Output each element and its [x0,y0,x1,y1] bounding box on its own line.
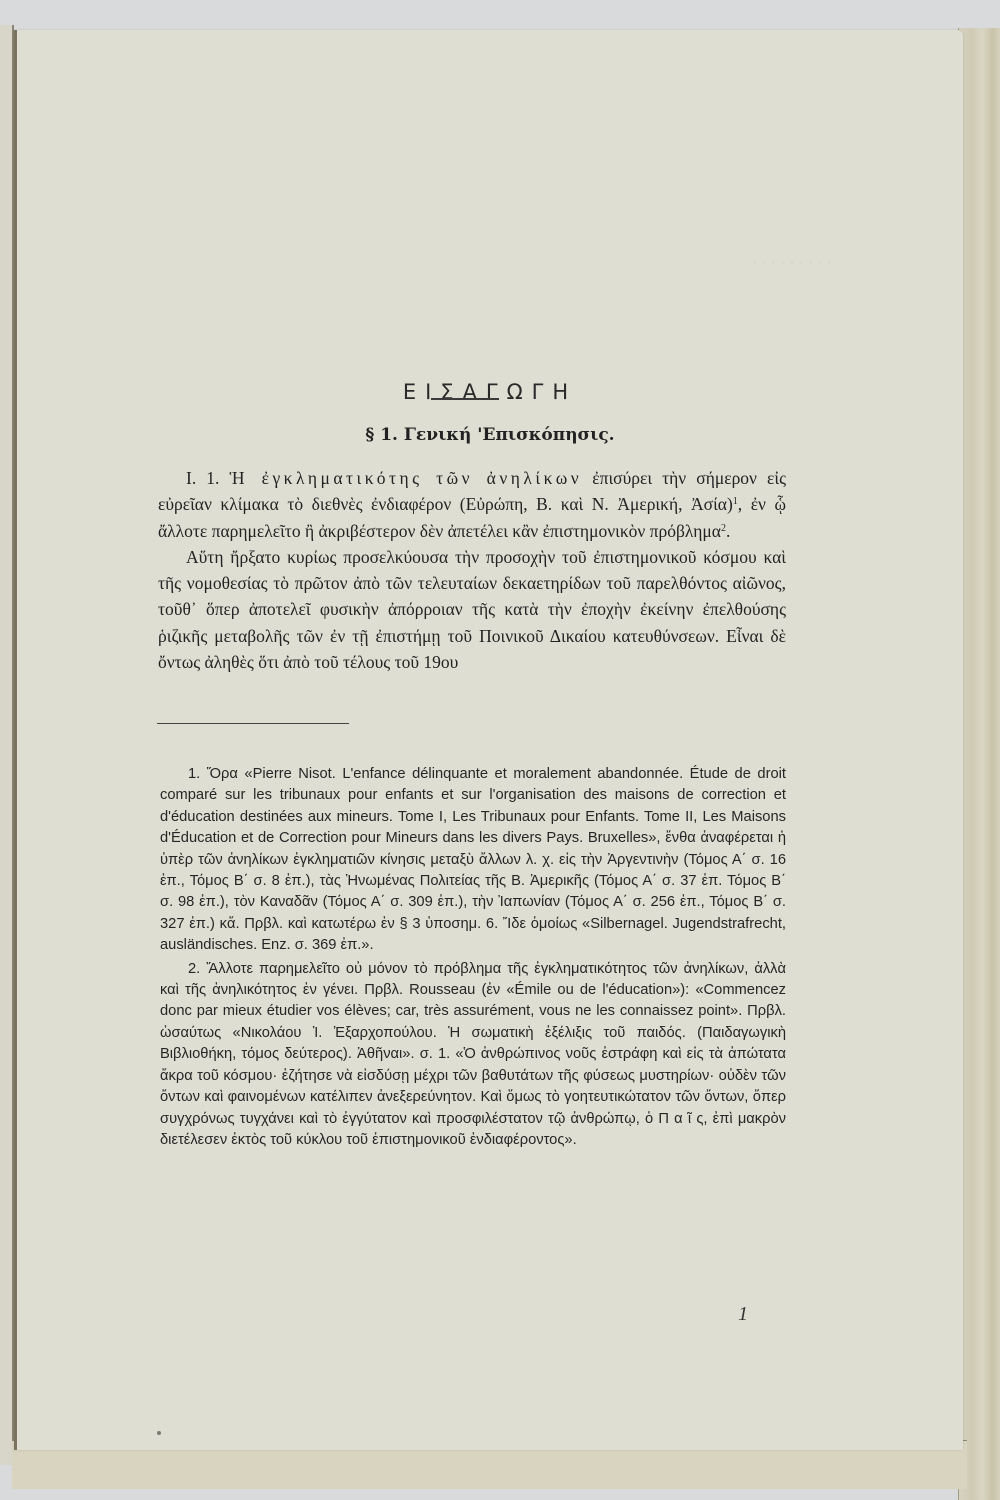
previous-page-edge [0,25,14,1465]
footnote-1: 1. Ὅρα «Pierre Nisot. L'enfance délinqua… [160,764,786,957]
paragraph-2: Αὕτη ἤρξατο κυρίως προσελκύουσα τὴν προσ… [158,544,786,675]
footnotes: 1. Ὅρα «Pierre Nisot. L'enfance délinqua… [160,764,786,1151]
paragraph-text: . [726,521,730,541]
footnote-2: 2. Ἄλλοτε παρημελεῖτο οὐ μόνον τὸ πρόβλη… [160,959,786,1152]
page-number: 1 [738,1303,748,1326]
paragraph-1: Ι. 1. Ἡ ἐγκληματικότης τῶν ἀνηλίκων ἐπισ… [158,465,786,544]
body-text: Ι. 1. Ἡ ἐγκληματικότης τῶν ἀνηλίκων ἐπισ… [158,465,786,675]
title-underline [431,398,499,400]
book-page: · · · · · · · · · ΕΙΣΑΓΩΓΗ § 1. Γενική '… [14,30,963,1450]
chapter-title: ΕΙΣΑΓΩΓΗ [17,380,963,404]
stacked-pages-edge [958,28,1000,1500]
footnote-number: 2. [188,961,200,977]
spaced-lead-phrase: Ἡ ἐγκληματικότης τῶν ἀνηλίκων [229,468,582,488]
paragraph-marker: Ι. 1. [186,468,219,488]
paper-speck [157,1431,161,1435]
footnote-number: 1. [188,766,200,782]
section-heading: § 1. Γενική 'Επισκόπησις. [17,425,963,445]
footnote-text: Ἄλλοτε παρημελεῖτο οὐ μόνον τὸ πρόβλημα … [160,961,786,1148]
footnote-separator [157,723,349,724]
footnote-text: Ὅρα «Pierre Nisot. L'enfance délinquante… [160,766,786,953]
bleed-through-text: · · · · · · · · · [752,255,832,273]
